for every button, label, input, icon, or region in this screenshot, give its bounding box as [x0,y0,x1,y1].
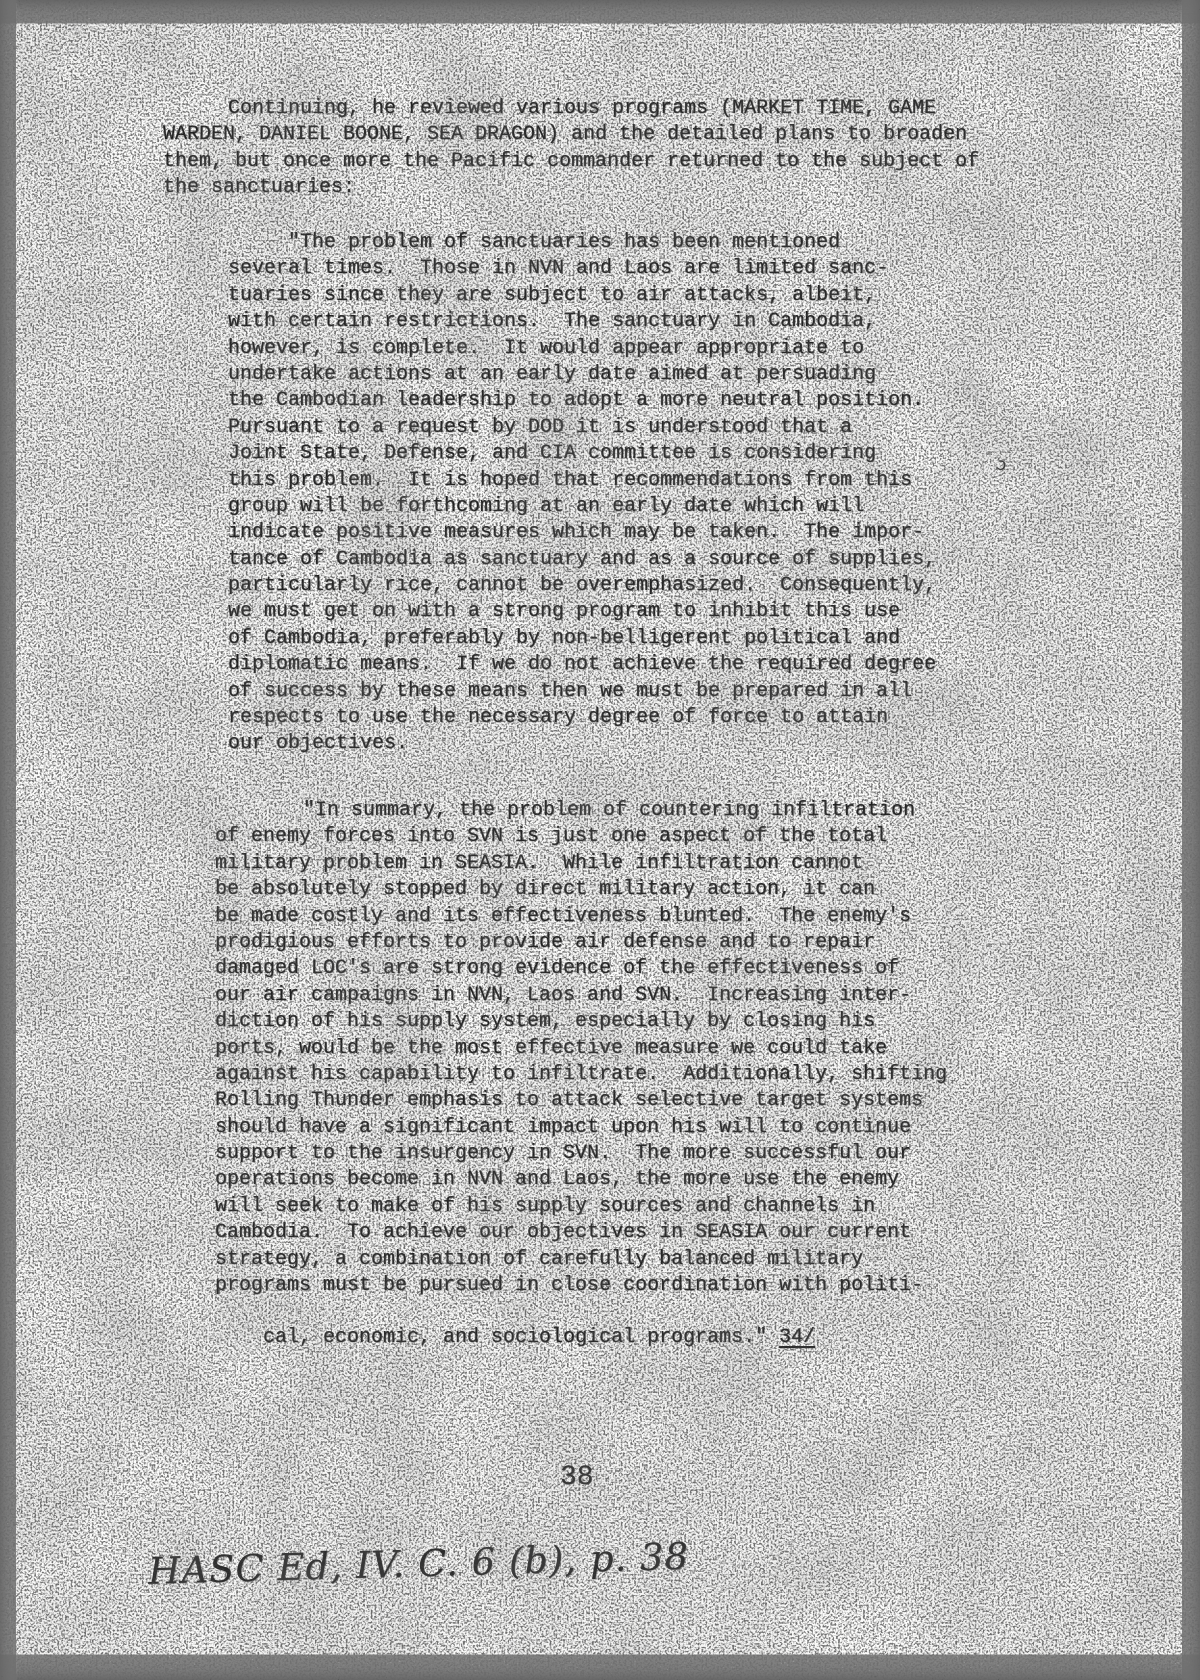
text-line: Joint State, Defense, and CIA committee … [228,441,936,467]
footnote-reference: 34/ [779,1326,815,1349]
text-line: our objectives. [228,731,936,757]
text-line: the Cambodian leadership to adopt a more… [228,388,936,414]
text-line: ports, would be the most effective measu… [215,1036,947,1062]
text-line: group will be forthcoming at an early da… [228,494,936,520]
quoted-passage-summary: "In summary, the problem of countering i… [215,798,947,1299]
text-line: diction of his supply system, especially… [215,1009,947,1035]
quote-closing-text: cal, economic, and sociological programs… [263,1326,779,1349]
text-line: be made costly and its effectiveness blu… [215,904,947,930]
text-line: with certain restrictions. The sanctuary… [228,309,936,335]
page-number: 38 [560,1462,594,1493]
text-line: the sanctuaries: [163,175,979,201]
quoted-passage-sanctuaries: "The problem of sanctuaries has been men… [228,230,936,758]
text-line: indicate positive measures which may be … [228,520,936,546]
text-line: undertake actions at an early date aimed… [228,362,936,388]
text-line: "The problem of sanctuaries has been men… [228,230,936,256]
text-line: programs must be pursued in close coordi… [215,1273,947,1299]
text-line: of Cambodia, preferably by non-belligere… [228,626,936,652]
text-line: respects to use the necessary degree of … [228,705,936,731]
text-line: however, is complete. It would appear ap… [228,336,936,362]
text-line: diplomatic means. If we do not achieve t… [228,652,936,678]
text-line: "In summary, the problem of countering i… [215,798,947,824]
scan-artifact-mark: ɔ [995,454,1008,476]
text-line: against his capability to infiltrate. Ad… [215,1062,947,1088]
text-line: tuaries since they are subject to air at… [228,283,936,309]
scanned-document-page: Continuing, he reviewed various programs… [0,0,1200,1680]
text-line: we must get on with a strong program to … [228,599,936,625]
text-line: this problem. It is hoped that recommend… [228,468,936,494]
text-line: Cambodia. To achieve our objectives in S… [215,1220,947,1246]
text-line: Rolling Thunder emphasis to attack selec… [215,1088,947,1114]
text-line: support to the insurgency in SVN. The mo… [215,1141,947,1167]
text-line: strategy, a combination of carefully bal… [215,1247,947,1273]
text-line: operations become in NVN and Laos, the m… [215,1167,947,1193]
text-line: of success by these means then we must b… [228,679,936,705]
text-line: our air campaigns in NVN, Laos and SVN. … [215,983,947,1009]
text-line: prodigious efforts to provide air defens… [215,930,947,956]
handwritten-citation: HASC Ed, IV. C. 6 (b), p. 38 [148,1534,709,1593]
text-line: of enemy forces into SVN is just one asp… [215,824,947,850]
text-line: Pursuant to a request by DOD it is under… [228,415,936,441]
text-line: will seek to make of his supply sources … [215,1194,947,1220]
text-line: tance of Cambodia as sanctuary and as a … [228,547,936,573]
text-line: Continuing, he reviewed various programs… [163,96,979,122]
text-line: particularly rice, cannot be overemphasi… [228,573,936,599]
text-line: several times. Those in NVN and Laos are… [228,256,936,282]
intro-paragraph: Continuing, he reviewed various programs… [163,96,979,202]
quote-closing-line: cal, economic, and sociological programs… [215,1299,815,1378]
text-line: them, but once more the Pacific commande… [163,149,979,175]
text-line: military problem in SEASIA. While infilt… [215,851,947,877]
text-line: WARDEN, DANIEL BOONE, SEA DRAGON) and th… [163,122,979,148]
text-line: should have a significant impact upon hi… [215,1115,947,1141]
text-line: damaged LOC's are strong evidence of the… [215,956,947,982]
text-line: be absolutely stopped by direct military… [215,877,947,903]
